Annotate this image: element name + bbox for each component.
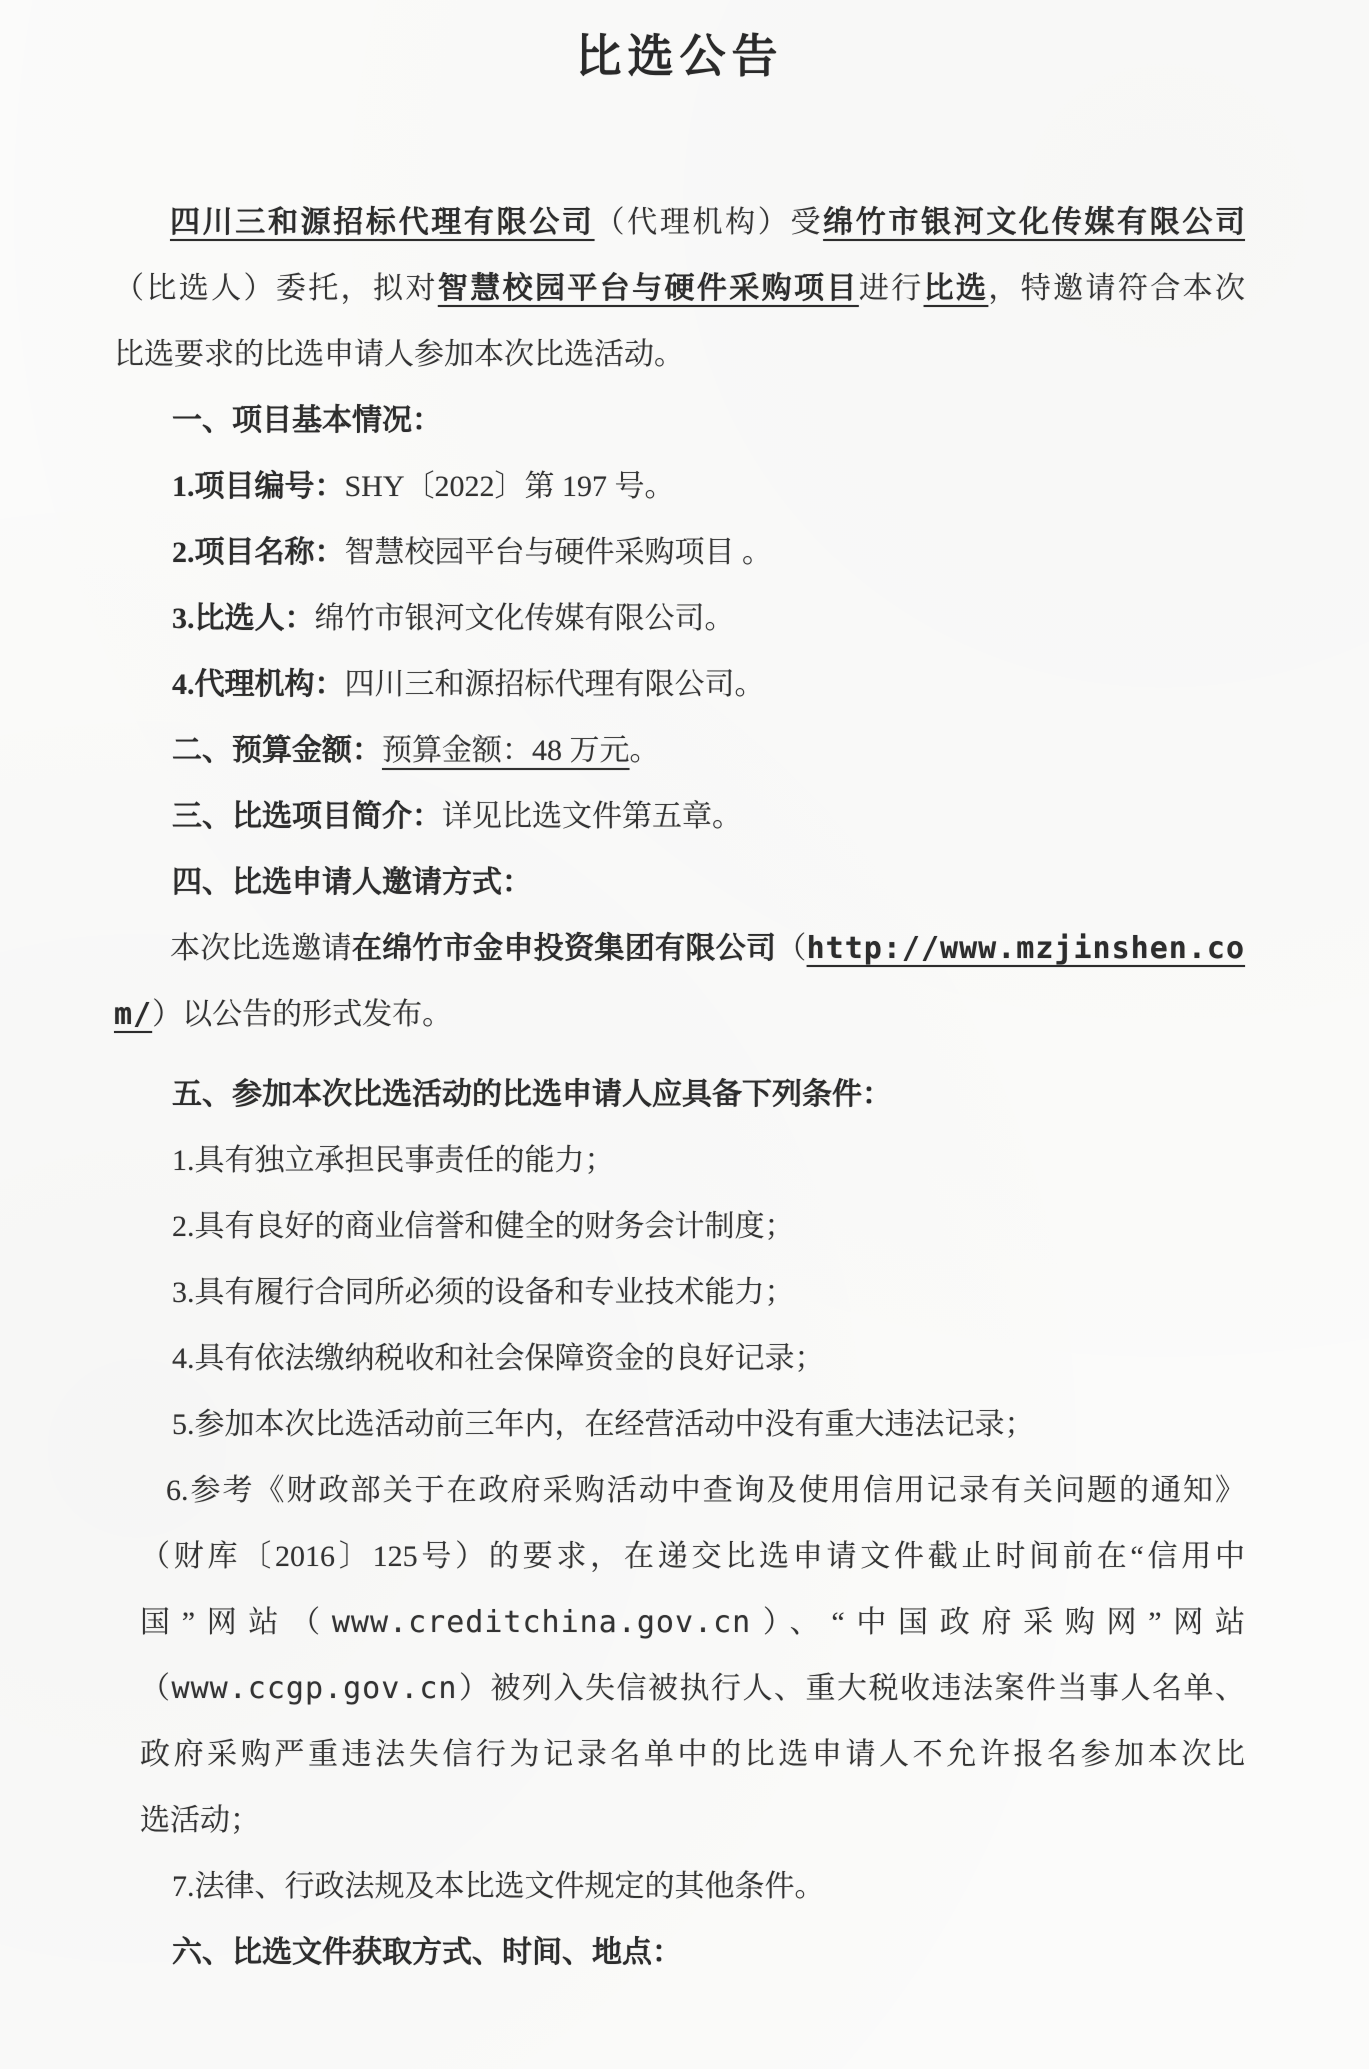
agency-name: 四川三和源招标代理有限公司 — [170, 206, 595, 239]
condition-item-7: 7.法律、行政法规及本比选文件规定的其他条件。 — [114, 1854, 1245, 1920]
invitation-line-2: m/）以公告的形式发布。 — [114, 982, 1245, 1048]
applicant-conditions-heading: 五、参加本次比选活动的比选申请人应具备下列条件： — [114, 1062, 1245, 1128]
publisher-url: http://www.mzjinshen.co — [807, 931, 1245, 966]
intro-line-3: 比选要求的比选申请人参加本次比选活动。 — [114, 322, 1245, 388]
condition-6-line-1: 6.参考《财政部关于在政府采购活动中查询及使用信用记录有关问题的通知》 — [140, 1458, 1245, 1524]
publisher-name: 在绵竹市金申投资集团有限公司 — [352, 932, 776, 965]
condition-item-2: 2.具有良好的商业信誉和健全的财务会计制度； — [114, 1194, 1245, 1260]
cond-text: ）、“中国政府采购网”网站 — [751, 1606, 1245, 1639]
publisher-url-continued: m/ — [114, 997, 152, 1032]
paren: （ — [776, 932, 806, 965]
creditchina-url: www.creditchina.gov.cn — [332, 1605, 751, 1640]
condition-6-line-4: （www.ccgp.gov.cn）被列入失信被执行人、重大税收违法案件当事人名单… — [140, 1656, 1245, 1722]
cond-text: 国”网站（ — [140, 1606, 332, 1639]
invite-text: ）以公告的形式发布。 — [152, 998, 452, 1031]
section2-heading: 二、预算金额： — [172, 734, 382, 767]
invitation-paragraph: 本次比选邀请在绵竹市金申投资集团有限公司（http://www.mzjinshe… — [114, 916, 1245, 1048]
document-page: 比选公告 四川三和源招标代理有限公司（代理机构）受绵竹市银河文化传媒有限公司 （… — [0, 0, 1369, 2069]
ccgp-url: www.ccgp.gov.cn — [172, 1671, 458, 1706]
item-value: 四川三和源招标代理有限公司。 — [345, 668, 765, 701]
invitation-method-heading: 四、比选申请人邀请方式： — [114, 850, 1245, 916]
item-value: 智慧校园平台与硬件采购项目 。 — [345, 536, 773, 569]
selector-item: 3.比选人：绵竹市银河文化传媒有限公司。 — [114, 586, 1245, 652]
condition-item-6: 6.参考《财政部关于在政府采购活动中查询及使用信用记录有关问题的通知》 （财库〔… — [140, 1458, 1245, 1854]
brief-value: 详见比选文件第五章。 — [442, 800, 742, 833]
condition-item-4: 4.具有依法缴纳税收和社会保障资金的良好记录； — [114, 1326, 1245, 1392]
invitation-line-1: 本次比选邀请在绵竹市金申投资集团有限公司（http://www.mzjinshe… — [114, 916, 1245, 982]
condition-6-line-2: （财库〔2016〕125号）的要求，在递交比选申请文件截止时间前在“信用中 — [140, 1524, 1245, 1590]
item-value: 绵竹市银河文化传媒有限公司。 — [315, 602, 735, 635]
item-label: 2.项目名称： — [172, 536, 345, 569]
section3-heading: 三、比选项目简介： — [172, 800, 442, 833]
item-value: SHY〔2022〕第 197 号。 — [345, 470, 675, 503]
invite-text: 本次比选邀请 — [170, 932, 352, 965]
intro-text: （比选人）委托，拟对 — [114, 272, 438, 305]
period: 。 — [630, 734, 660, 767]
agency-item: 4.代理机构：四川三和源招标代理有限公司。 — [114, 652, 1245, 718]
project-name-item: 2.项目名称：智慧校园平台与硬件采购项目 。 — [114, 520, 1245, 586]
document-acquisition-heading: 六、比选文件获取方式、时间、地点： — [114, 1920, 1245, 1986]
budget-line: 二、预算金额：预算金额：48 万元。 — [114, 718, 1245, 784]
project-name: 智慧校园平台与硬件采购项目 — [438, 272, 859, 305]
project-brief-line: 三、比选项目简介：详见比选文件第五章。 — [114, 784, 1245, 850]
intro-line-1: 四川三和源招标代理有限公司（代理机构）受绵竹市银河文化传媒有限公司 — [114, 190, 1245, 256]
page-title: 比选公告 — [114, 24, 1245, 90]
condition-6-line-3: 国”网站（www.creditchina.gov.cn）、“中国政府采购网”网站 — [140, 1590, 1245, 1656]
condition-item-5: 5.参加本次比选活动前三年内，在经营活动中没有重大违法记录； — [114, 1392, 1245, 1458]
intro-line-2: （比选人）委托，拟对智慧校园平台与硬件采购项目进行比选，特邀请符合本次 — [114, 256, 1245, 322]
item-label: 3.比选人： — [172, 602, 315, 635]
intro-text: 进行 — [859, 272, 924, 305]
item-label: 4.代理机构： — [172, 668, 345, 701]
condition-item-1: 1.具有独立承担民事责任的能力； — [114, 1128, 1245, 1194]
cond-text: ）被列入失信被执行人、重大税收违法案件当事人名单、 — [457, 1672, 1245, 1705]
cond-text: （ — [140, 1672, 172, 1705]
intro-paragraph: 四川三和源招标代理有限公司（代理机构）受绵竹市银河文化传媒有限公司 （比选人）委… — [114, 190, 1245, 388]
condition-item-3: 3.具有履行合同所必须的设备和专业技术能力； — [114, 1260, 1245, 1326]
item-label: 1.项目编号： — [172, 470, 345, 503]
budget-value: 预算金额：48 万元 — [382, 734, 630, 767]
intro-text: ，特邀请符合本次 — [988, 272, 1245, 305]
method-name: 比选 — [924, 272, 989, 305]
project-number-item: 1.项目编号：SHY〔2022〕第 197 号。 — [114, 454, 1245, 520]
selector-name: 绵竹市银河文化传媒有限公司 — [823, 206, 1245, 239]
section1-heading: 一、项目基本情况： — [114, 388, 1245, 454]
condition-6-line-6: 选活动； — [140, 1788, 1245, 1854]
intro-text: （代理机构）受 — [595, 206, 824, 239]
condition-6-line-5: 政府采购严重违法失信行为记录名单中的比选申请人不允许报名参加本次比 — [140, 1722, 1245, 1788]
